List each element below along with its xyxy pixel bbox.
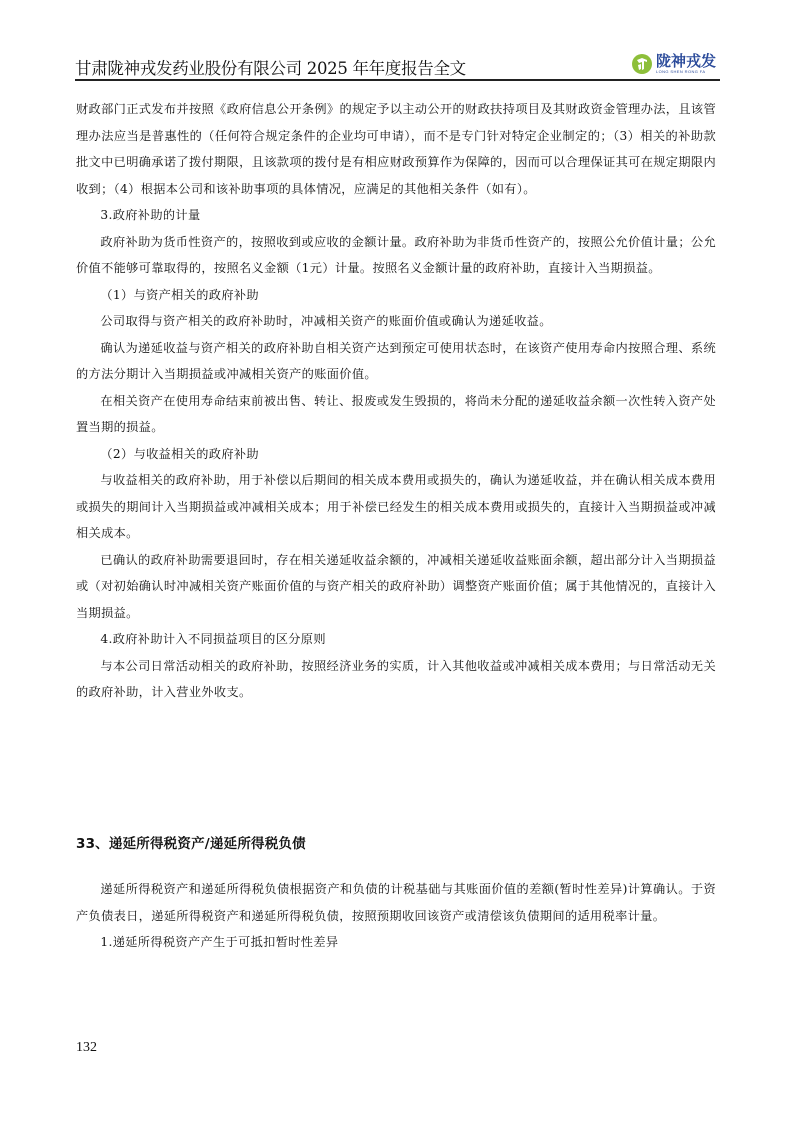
- subheading-measurement: 3.政府补助的计量: [76, 202, 716, 229]
- report-title: 甘肃陇神戎发药业股份有限公司 2025 年年度报告全文: [75, 55, 466, 79]
- logo-name-en: LONG SHEN RONG FA: [656, 70, 716, 74]
- paragraph-asset-related-2: 确认为递延收益与资产相关的政府补助自相关资产达到预定可使用状态时，在该资产使用寿…: [76, 335, 716, 388]
- paragraph-asset-related-3: 在相关资产在使用寿命结束前被出售、转让、报废或发生毁损的，将尚未分配的递延收益余…: [76, 388, 716, 441]
- paragraph-deferred-tax: 递延所得税资产和递延所得税负债根据资产和负债的计税基础与其账面价值的差额(暂时性…: [76, 876, 716, 929]
- section-content: 递延所得税资产和递延所得税负债根据资产和负债的计税基础与其账面价值的差额(暂时性…: [76, 876, 716, 956]
- paragraph-refund: 已确认的政府补助需要退回时，存在相关递延收益余额的，冲减相关递延收益账面余额，超…: [76, 547, 716, 627]
- page-number: 132: [76, 1040, 97, 1056]
- page-header: 甘肃陇神戎发药业股份有限公司 2025 年年度报告全文 陇神戎发 LONG SH…: [75, 52, 720, 81]
- logo-text: 陇神戎发 LONG SHEN RONG FA: [656, 54, 716, 74]
- subheading-income-related: （2）与收益相关的政府补助: [76, 441, 716, 468]
- paragraph-classification: 与本公司日常活动相关的政府补助，按照经济业务的实质，计入其他收益或冲减相关成本费…: [76, 653, 716, 706]
- company-logo: 陇神戎发 LONG SHEN RONG FA: [632, 52, 716, 76]
- paragraph-conditions: 财政部门正式发布并按照《政府信息公开条例》的规定予以主动公开的财政扶持项目及其财…: [76, 96, 716, 202]
- body-content: 财政部门正式发布并按照《政府信息公开条例》的规定予以主动公开的财政扶持项目及其财…: [76, 96, 716, 706]
- paragraph-income-related: 与收益相关的政府补助，用于补偿以后期间的相关成本费用或损失的，确认为递延收益，并…: [76, 467, 716, 547]
- section-heading: 33、递延所得税资产/递延所得税负债: [76, 832, 306, 852]
- paragraph-asset-related-1: 公司取得与资产相关的政府补助时，冲减相关资产的账面价值或确认为递延收益。: [76, 308, 716, 335]
- company-logo-icon: [632, 54, 652, 74]
- subheading-classification: 4.政府补助计入不同损益项目的区分原则: [76, 626, 716, 653]
- subheading-deductible-differences: 1.递延所得税资产产生于可抵扣暂时性差异: [76, 929, 716, 956]
- subheading-asset-related: （1）与资产相关的政府补助: [76, 282, 716, 309]
- logo-name-cn: 陇神戎发: [656, 54, 716, 69]
- paragraph-measurement: 政府补助为货币性资产的，按照收到或应收的金额计量。政府补助为非货币性资产的，按照…: [76, 229, 716, 282]
